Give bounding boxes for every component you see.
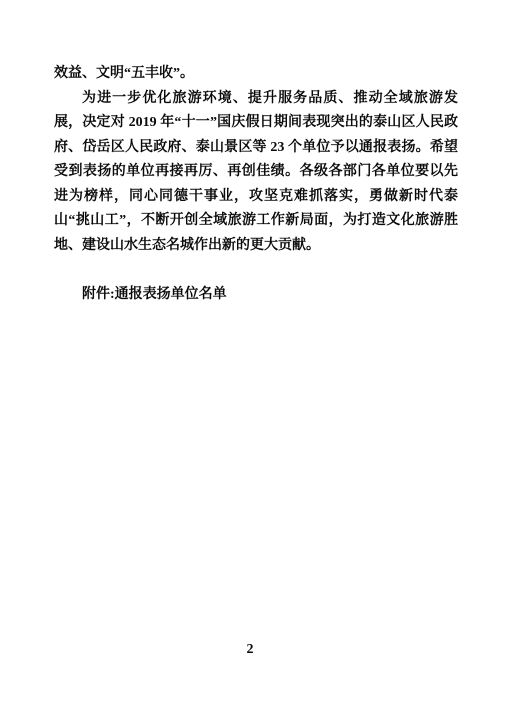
paragraph-main: 为进一步优化旅游环境、提升服务品质、推动全域旅游发展，决定对 2019 年“十一…: [54, 87, 458, 259]
document-page: 效益、文明“五丰收”。 为进一步优化旅游环境、提升服务品质、推动全域旅游发展，决…: [0, 0, 512, 725]
paragraph-continuation: 效益、文明“五丰收”。: [54, 62, 458, 87]
attachment-note: 附件:通报表扬单位名单: [54, 283, 458, 308]
page-body-text: 效益、文明“五丰收”。 为进一步优化旅游环境、提升服务品质、推动全域旅游发展，决…: [54, 62, 458, 307]
page-number: 2: [0, 641, 500, 659]
